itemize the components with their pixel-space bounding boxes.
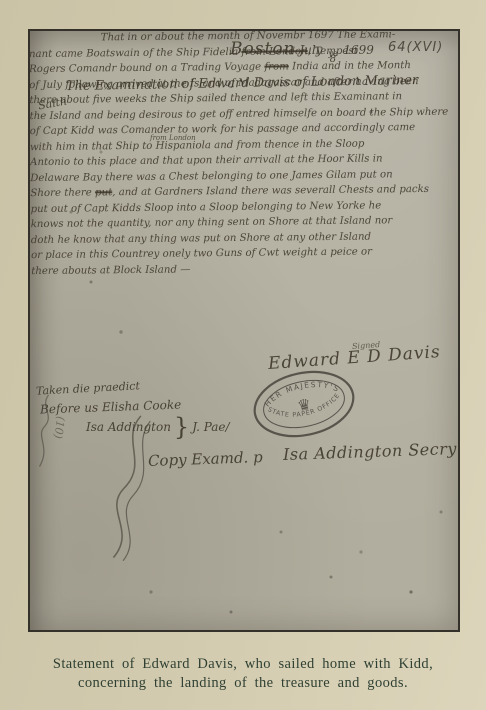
manuscript-photo: 64(XVI) Boston July ye 8 1699 The Examin… [28, 29, 460, 632]
struck-text: put [95, 187, 112, 198]
state-paper-office-stamp: HER MAJESTY'S STATE PAPER OFFICE ♛ [246, 361, 361, 447]
deposition-body: That in or about the month of Novembr 16… [29, 29, 430, 281]
book-page: 64(XVI) Boston July ye 8 1699 The Examin… [0, 0, 486, 710]
paper-specks [30, 31, 32, 33]
edge-scribble [29, 390, 65, 472]
struck-text: from [264, 61, 289, 72]
brace-glyph: } [174, 415, 189, 439]
interlinear-insertion: from London [150, 134, 196, 142]
crown-icon: ♛ [296, 395, 313, 415]
caption-line-1: Statement of Edward Davis, who sailed ho… [0, 655, 486, 674]
secretary-signature: Isa Addington Secry [283, 439, 457, 464]
body-line: there abouts at Block Island — [31, 261, 429, 281]
caption-line-2: concerning the landing of the treasure a… [0, 674, 486, 693]
printed-caption: Statement of Edward Davis, who sailed ho… [0, 655, 486, 693]
struck-text: from London [241, 46, 307, 58]
pae-signature: J. Pae/ [192, 420, 229, 434]
copy-examined-text: Copy Examd. p [148, 448, 263, 470]
